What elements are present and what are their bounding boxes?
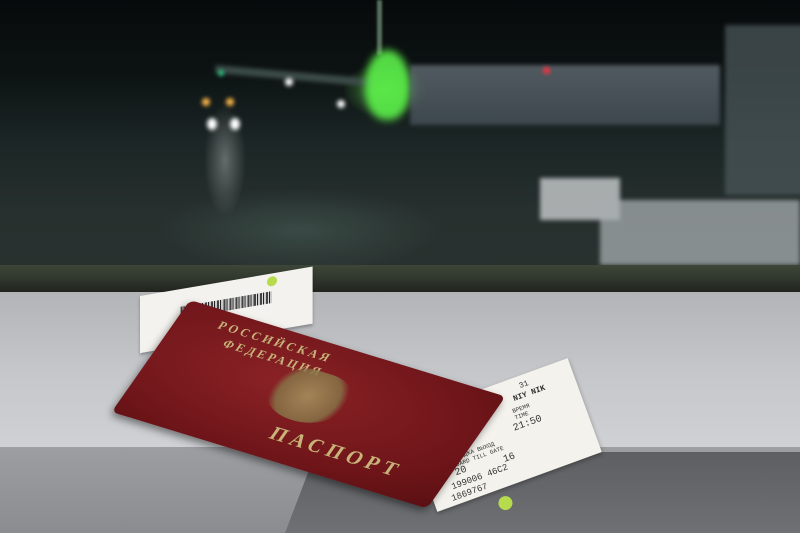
amber-light	[226, 98, 234, 106]
amber-light	[202, 98, 210, 106]
red-light	[543, 67, 550, 74]
aircraft-green-nose	[365, 50, 410, 120]
white-light	[337, 100, 345, 108]
white-light	[285, 78, 293, 86]
jet-bridge	[410, 65, 720, 125]
photo-scene: N3 31 NIY NIK ДАТА DATE ВРЕМЯ TIME 30CT …	[0, 0, 800, 533]
catering-truck	[600, 200, 800, 265]
terminal-structure	[725, 25, 800, 195]
green-light	[218, 70, 224, 76]
aircraft-wing	[215, 65, 375, 87]
airline-logo-icon	[267, 276, 277, 288]
vehicle-headlight	[207, 118, 217, 130]
double-headed-eagle-icon	[253, 361, 363, 432]
vehicle-headlight	[230, 118, 240, 130]
airport-window-view	[0, 0, 800, 285]
aircraft-tail	[377, 0, 382, 55]
